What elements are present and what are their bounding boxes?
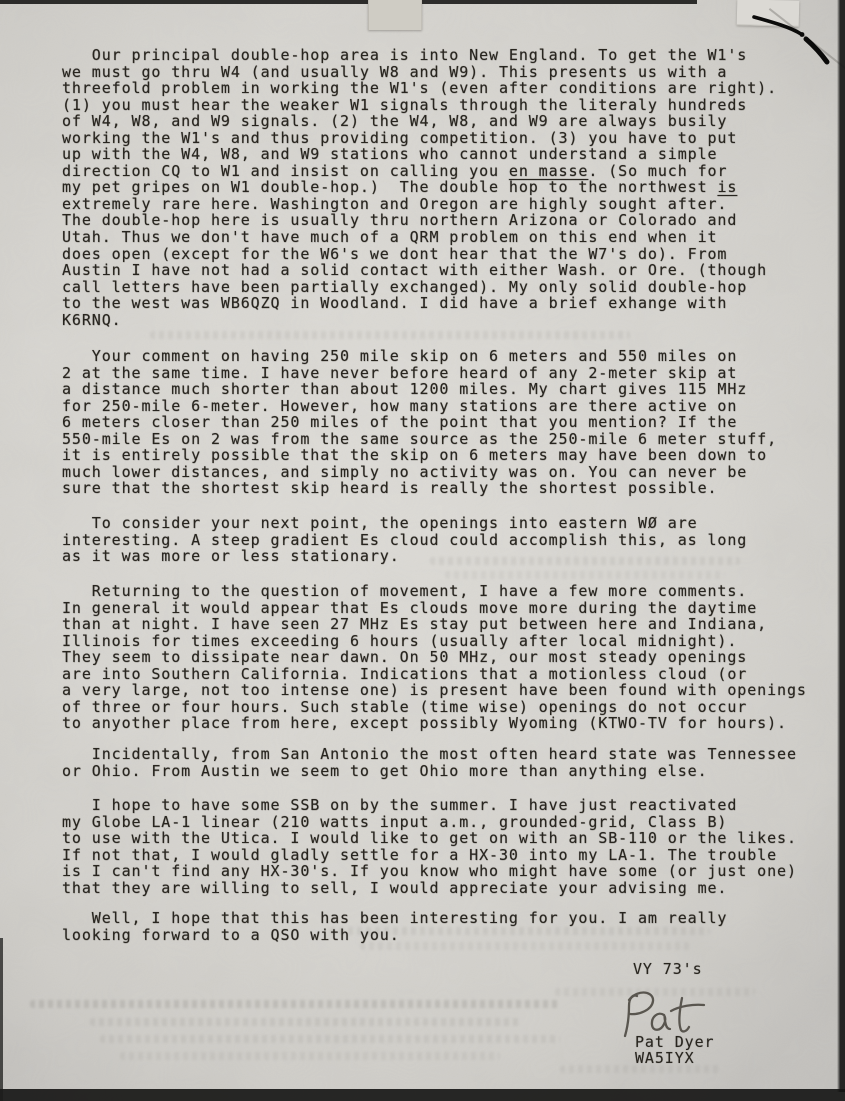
closing-salutation: VY 73's xyxy=(633,960,703,978)
letter-line: In general it would appear that Es cloud… xyxy=(62,600,807,617)
letter-line: up with the W4, W8, and W9 stations who … xyxy=(62,146,777,163)
letter-line: direction CQ to W1 and insist on calling… xyxy=(62,163,777,180)
bleed-through-smudge xyxy=(100,1035,560,1043)
letter-paragraph-7: Well, I hope that this has been interest… xyxy=(62,910,727,943)
scan-edge-bottom xyxy=(0,1089,845,1101)
letter-line: (1) you must hear the weaker W1 signals … xyxy=(62,97,777,114)
letter-line: a distance much shorter than about 1200 … xyxy=(62,381,777,398)
letter-line: They seem to dissipate near dawn. On 50 … xyxy=(62,649,807,666)
letter-line: as it was more or less stationary. xyxy=(62,548,747,565)
letter-paragraph-5: Incidentally, from San Antonio the most … xyxy=(62,746,797,779)
letter-line: Well, I hope that this has been interest… xyxy=(62,910,727,927)
letter-paragraph-3: To consider your next point, the opening… xyxy=(62,515,747,565)
letter-line: of W4, W8, and W9 signals. (2) the W4, W… xyxy=(62,113,777,130)
letter-line: for 250-mile 6-meter. However, how many … xyxy=(62,398,777,415)
letter-line: of three or four hours. Such stable (tim… xyxy=(62,699,807,716)
letter-line: or Ohio. From Austin we seem to get Ohio… xyxy=(62,763,797,780)
letter-line: To consider your next point, the opening… xyxy=(62,515,747,532)
letter-line: that they are willing to sell, I would a… xyxy=(62,880,797,897)
letter-line: extremely rare here. Washington and Oreg… xyxy=(62,196,777,213)
document-page: Our principal double-hop area is into Ne… xyxy=(0,0,845,1101)
letter-line: 2 at the same time. I have never before … xyxy=(62,365,777,382)
letter-line: looking forward to a QSO with you. xyxy=(62,927,727,944)
letter-line: 6 meters closer than 250 miles of the po… xyxy=(62,414,777,431)
letter-line: a very large, not too intense one) is pr… xyxy=(62,682,807,699)
letter-line: threefold problem in working the W1's (e… xyxy=(62,80,777,97)
letter-paragraph-2: Your comment on having 250 mile skip on … xyxy=(62,348,777,497)
bleed-through-smudge xyxy=(120,1052,500,1060)
letter-paragraph-6: I hope to have some SSB on by the summer… xyxy=(62,797,797,896)
letter-line: to anyother place from here, except poss… xyxy=(62,715,807,732)
letter-line: than at night. I have seen 27 MHz Es sta… xyxy=(62,616,807,633)
letter-line: my pet gripes on W1 double-hop.) The dou… xyxy=(62,179,777,196)
letter-line: Returning to the question of movement, I… xyxy=(62,583,807,600)
letter-paragraph-4: Returning to the question of movement, I… xyxy=(62,583,807,732)
letter-line: call letters have been partially exchang… xyxy=(62,279,777,296)
letter-line: are into Southern California. Indication… xyxy=(62,666,807,683)
bleed-through-smudge xyxy=(150,331,630,339)
bleed-through-smudge xyxy=(30,1000,560,1008)
letter-line: If not that, I would gladly settle for a… xyxy=(62,847,797,864)
letter-line: Austin I have not had a solid contact wi… xyxy=(62,262,777,279)
letter-line: The double-hop here is usually thru nort… xyxy=(62,212,777,229)
letter-line: K6RNQ. xyxy=(62,312,777,329)
letter-line: it is entirely possible that the skip on… xyxy=(62,447,777,464)
bleed-through-smudge xyxy=(360,942,690,950)
letter-line: working the W1's and thus providing comp… xyxy=(62,130,777,147)
letter-line: Your comment on having 250 mile skip on … xyxy=(62,348,777,365)
letter-line: sure that the shortest skip heard is rea… xyxy=(62,480,777,497)
letter-line: Utah. Thus we don't have much of a QRM p… xyxy=(62,229,777,246)
letter-line: we must go thru W4 (and usually W8 and W… xyxy=(62,64,777,81)
letter-line: Illinois for times exceeding 6 hours (us… xyxy=(62,633,807,650)
letter-line: does open (except for the W6's we dont h… xyxy=(62,246,777,263)
bleed-through-smudge xyxy=(445,571,725,579)
letter-line: Our principal double-hop area is into Ne… xyxy=(62,47,777,64)
bleed-through-smudge xyxy=(90,1018,520,1026)
scan-edge-left xyxy=(0,938,3,1101)
letter-line: 550-mile Es on 2 was from the same sourc… xyxy=(62,431,777,448)
letter-line: interesting. A steep gradient Es cloud c… xyxy=(62,532,747,549)
letter-line: to the west was WB6QZQ in Woodland. I di… xyxy=(62,295,777,312)
scan-edge-top xyxy=(0,0,697,4)
scan-edge-right xyxy=(837,0,845,1092)
letter-line: much lower distances, and simply no acti… xyxy=(62,464,777,481)
scanned-letter-screenshot: { "document": { "kind": "typewritten let… xyxy=(0,0,845,1101)
letter-line: Incidentally, from San Antonio the most … xyxy=(62,746,797,763)
letter-line: I hope to have some SSB on by the summer… xyxy=(62,797,797,814)
pen-mark-icon xyxy=(740,8,840,70)
callsign: WA5IYX xyxy=(635,1049,695,1067)
letter-line: my Globe LA-1 linear (210 watts input a.… xyxy=(62,814,797,831)
tape-piece-top-middle xyxy=(368,0,422,30)
letter-line: to use with the Utica. I would like to g… xyxy=(62,830,797,847)
letter-line: is I can't find any HX-30's. If you know… xyxy=(62,863,797,880)
letter-paragraph-1: Our principal double-hop area is into Ne… xyxy=(62,47,777,328)
